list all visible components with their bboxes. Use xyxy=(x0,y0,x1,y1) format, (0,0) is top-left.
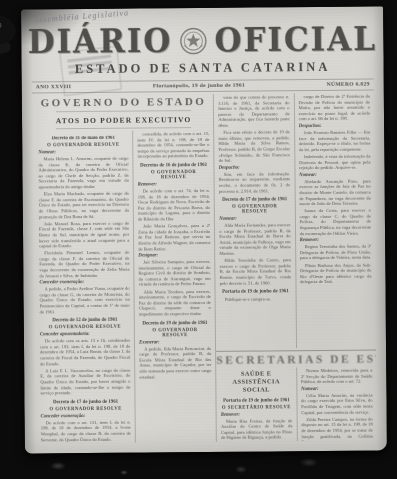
masthead-subtitle: ESTADO DE SANTA CATARINA xyxy=(22,59,384,77)
body-paragraph: Sim, em face da informação. Restitua-se … xyxy=(219,171,291,194)
action-label: Conceder aposentadoria: xyxy=(40,332,130,338)
decree-date-heading: Decretos de 16 de junho de 1961 xyxy=(138,163,210,169)
secretarias-column-left: SAÚDE E ASSISTÊNCIA SOCIAL Portaria de 1… xyxy=(216,367,296,442)
secretarias-section: SECRETARIAS DE ESTADO SAÚDE E ASSISTÊNCI… xyxy=(216,350,377,442)
body-paragraph: Regina Terezinha dos Santos, da 3ª Deleg… xyxy=(300,244,372,261)
resolve-heading: O GOVERNADOR RESOLVE xyxy=(38,143,128,149)
action-label: Remover: xyxy=(138,182,210,188)
scan-smudge xyxy=(235,466,247,473)
body-paragraph: Célia Maria Amorim, na vacância do cargo… xyxy=(301,392,373,415)
secretarias-left-text: Portaria de 19 de junho de 1961O SECRETÁ… xyxy=(221,398,293,442)
decree-date-heading: Decreto de 17 de junho de 1961 xyxy=(40,399,130,405)
decree-date-heading: Decreto de 12 de junho de 1961 xyxy=(40,318,130,324)
resolve-heading: O SECRETÁRIO RESOLVE xyxy=(221,405,292,411)
body-paragraph: A Luiz F. L. Vasconcelos, no cargo da cl… xyxy=(40,367,130,396)
heading-rule xyxy=(56,127,191,129)
body-paragraph: Abelardo Assunção Pires, para exercer as… xyxy=(299,178,371,207)
action-label: Despacho: xyxy=(219,165,290,171)
body-paragraph: Florisbela Pimentel Lemos, ocupante do c… xyxy=(39,250,129,279)
dateline-place-date: Florianópolis, 19 de junho de 1961 xyxy=(153,83,245,90)
body-paragraph: A pedido, a Pedro Avelino Viana, ocupant… xyxy=(39,286,129,315)
body-paragraph: João Manoel Rosa, para exercer o cargo d… xyxy=(39,220,129,249)
action-label: Remover: xyxy=(221,412,292,418)
action-label: Designar: xyxy=(138,253,210,259)
body-paragraph: concedida, de acôrdo com o art. 15, item… xyxy=(137,131,209,160)
body-paragraph: Zilda Pereira Campos, na forma do dispos… xyxy=(301,416,373,441)
left-section: GOVERNO DO ESTADO ATOS DO PODER EXECUTIV… xyxy=(34,94,216,444)
action-label: Nomear: xyxy=(301,386,372,392)
saude-heading: SAÚDE E ASSISTÊNCIA SOCIAL xyxy=(222,370,290,394)
dateline-ano: ANO XXVIII xyxy=(36,84,72,90)
resolve-heading: O GOVERNADOR RESOLVE xyxy=(219,204,290,215)
secretarias-columns: SAÚDE E ASSISTÊNCIA SOCIAL Portaria de 1… xyxy=(216,367,376,442)
body-paragraph: João Maria Gonçalves, para a 2ª Zona da … xyxy=(138,223,210,252)
body-paragraph: Isaura da Costa, para exercer o cargo da… xyxy=(299,208,371,237)
body-paragraph: De acôrdo com os arts. 15 e 16, combinad… xyxy=(40,338,130,367)
body-paragraph: Plínio Barbosa dos Anjos, da Sub-Delegac… xyxy=(300,262,372,285)
body-paragraph: Indeferido, à vista da informação da Dir… xyxy=(299,153,371,170)
body-paragraph: Publique-se e cumpra-se. xyxy=(220,296,291,302)
resolve-heading: O GOVERNADOR RESOLVE xyxy=(41,406,131,412)
text-column-3: vista do que consta do processo n. 3.116… xyxy=(214,93,296,349)
body-paragraph: Norma Medeiros, removida para a 2ª Secçã… xyxy=(301,368,373,385)
heading-rule xyxy=(56,110,191,112)
masthead-title-right: OFICIAL xyxy=(214,21,377,60)
body-paragraph: João Evaristo Ramires Filho — Em face da… xyxy=(299,130,371,153)
body-paragraph: Maria Rita Freitas, da função de Auxilia… xyxy=(221,418,293,441)
scanned-page: Assembléia Legislativa DIÁRIO OFICIAL ES… xyxy=(0,0,397,479)
action-label: Nomear: xyxy=(299,172,370,178)
secretarias-heading: SECRETARIAS DE ESTADO xyxy=(216,354,376,367)
action-label: Exonerar: xyxy=(139,340,211,346)
right-columns: vista do que consta do processo n. 3.116… xyxy=(214,93,376,349)
resolve-heading: O GOVERNADOR RESOLVE xyxy=(138,170,210,181)
blob-light-mark: 10 xyxy=(0,23,4,28)
coat-of-arms-icon xyxy=(178,26,208,56)
body-paragraph: vista do que consta do processo n. 3.116… xyxy=(218,94,290,128)
ink-blob-artifact: 10 xyxy=(0,12,18,47)
decree-date-heading: Decreto de 17 de junho de 1961 xyxy=(219,197,290,203)
page-content: GOVERNO DO ESTADO ATOS DO PODER EXECUTIV… xyxy=(34,93,377,444)
decree-date-heading: Decreto de 19 de junho de 1961 xyxy=(139,321,211,327)
resolve-heading: O GOVERNADOR RESOLVE xyxy=(139,328,211,339)
action-label: Despachos: xyxy=(299,124,370,130)
secretarias-column-right: Norma Medeiros, removida para a 2ª Secçã… xyxy=(296,367,377,442)
text-column-1: Decreto de 31 de maio de 1961O GOVERNADO… xyxy=(34,131,135,444)
body-paragraph: cargo de Diretor de 2ª Entrância da Divi… xyxy=(298,94,370,123)
atos-heading: ATOS DO PODER EXECUTIVO xyxy=(34,115,213,126)
body-paragraph: Elza Maria Machado, ocupante de cargo da… xyxy=(39,191,129,220)
action-label: Conceder exoneração: xyxy=(39,280,129,286)
body-paragraph: Jair Silveira Sampaio, para exercer, int… xyxy=(138,259,210,288)
masthead-title-left: DIÁRIO xyxy=(28,23,173,62)
body-paragraph: Maria Helena L. Amorim, ocupante de carg… xyxy=(38,156,128,190)
body-paragraph: Alda Maria Fernandes, para exercer o car… xyxy=(219,222,291,256)
body-paragraph: De acôrdo com o art. 74, da lei n. 198, … xyxy=(138,188,210,222)
decree-date-heading: Decreto de 31 de maio de 1961 xyxy=(38,136,128,142)
action-label: Remover: xyxy=(300,238,371,244)
body-paragraph: Alda Maria Teodoro, para exercer, interi… xyxy=(139,289,211,318)
body-paragraph: Hilda Teresinha de Castro, para exercer … xyxy=(219,257,291,286)
body-paragraph: A pedido, Ilda Maria Bertoncini, do carg… xyxy=(139,346,211,380)
right-section: vista do que consta do processo n. 3.116… xyxy=(213,93,377,442)
scan-smudge xyxy=(120,470,128,475)
resolve-heading: O GOVERNADOR RESOLVE xyxy=(40,325,130,331)
dateline-numero: NÚMERO 6.829 xyxy=(327,82,370,88)
action-label: Conceder exoneração: xyxy=(41,413,131,419)
scan-smudge xyxy=(300,458,318,467)
body-paragraph: De acôrdo com o art. 131, item I, da lei… xyxy=(41,419,131,442)
governo-heading: GOVERNO DO ESTADO xyxy=(34,96,213,110)
left-columns: Decreto de 31 de maio de 1961O GOVERNADO… xyxy=(34,130,216,444)
decree-date-heading: Portaria de 19 de junho de 1961 xyxy=(220,289,291,295)
masthead: DIÁRIO OFICIAL xyxy=(21,21,383,60)
action-label: Nomear: xyxy=(219,216,290,222)
text-column-2: concedida, de acôrdo com o art. 15, item… xyxy=(132,130,216,443)
scan-smudge xyxy=(50,462,66,470)
newspaper-page: Assembléia Legislativa DIÁRIO OFICIAL ES… xyxy=(21,6,387,453)
action-label: Nomear: xyxy=(38,150,128,156)
body-paragraph: Fica sem efeito o decreto de 19 de maio … xyxy=(218,129,290,163)
text-column-4: cargo de Diretor de 2ª Entrância da Divi… xyxy=(293,93,376,349)
decree-date-heading: Portaria de 19 de junho de 1961 xyxy=(221,398,292,404)
